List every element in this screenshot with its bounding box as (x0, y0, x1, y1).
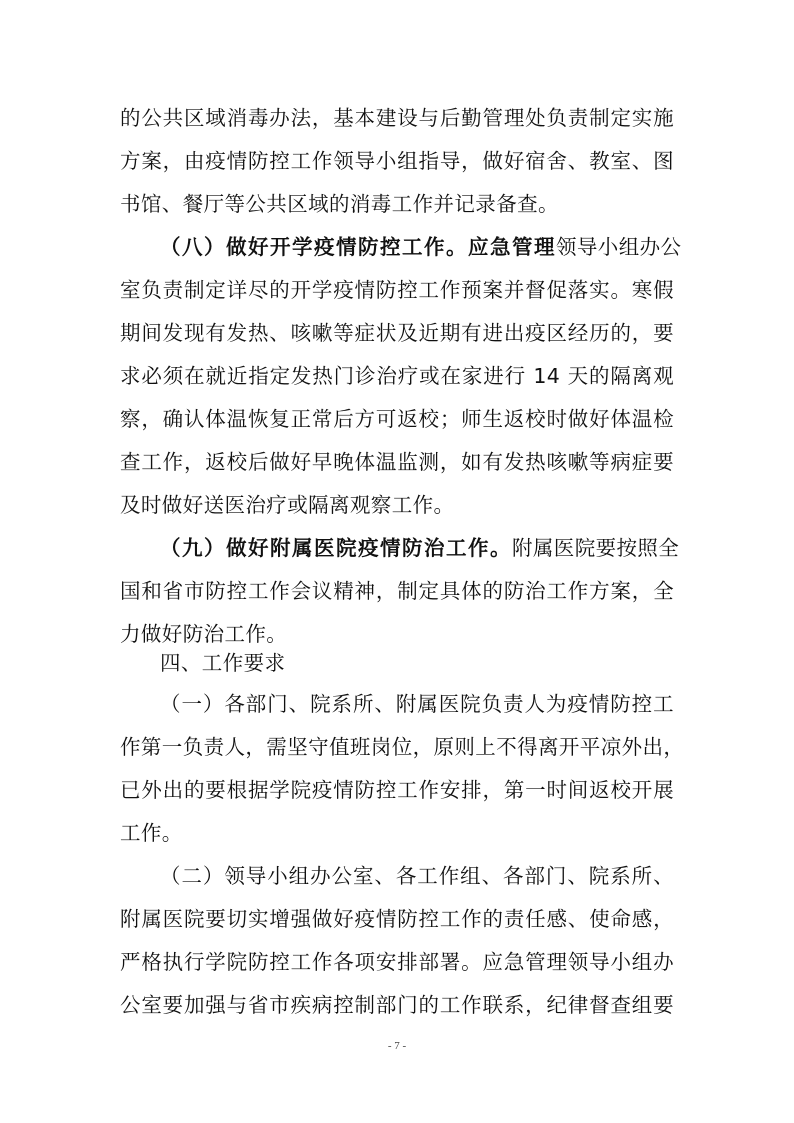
body-line: 室负责制定详尽的开学疫情防控工作预案并督促落实。寒假 (120, 275, 674, 305)
body-line: 国和省市防控工作会议精神，制定具体的防治工作方案，全 (120, 576, 674, 606)
body-line: （一）各部门、院系所、附属医院负责人为疫情防控工 (160, 689, 674, 719)
body-text: 附属医院要按照全 (512, 536, 679, 560)
body-line: 力做好防治工作。 (120, 619, 674, 649)
body-line: 严格执行学院防控工作各项安排部署。应急管理领导小组办 (120, 947, 674, 977)
chapter-heading: 四、工作要求 (160, 648, 674, 678)
body-line: 书馆、餐厅等公共区域的消毒工作并记录备查。 (120, 189, 674, 219)
body-line: 工作。 (120, 818, 674, 848)
body-line: （二）领导小组办公室、各工作组、各部门、院系所、 (160, 861, 674, 891)
section-heading-8: （八）做好开学疫情防控工作。应急管理 (160, 235, 556, 259)
document-page: 的公共区域消毒办法，基本建设与后勤管理处负责制定实施 方案，由疫情防控工作领导小… (0, 0, 794, 1123)
section-heading-line: （八）做好开学疫情防控工作。应急管理领导小组办公 (160, 232, 674, 262)
body-line: 作第一负责人，需坚守值班岗位，原则上不得离开平凉外出， (120, 732, 674, 762)
body-line: 求必须在就近指定发热门诊治疗或在家进行 14 天的隔离观 (120, 361, 674, 391)
body-line: 查工作，返校后做好早晚体温监测，如有发热咳嗽等病症要 (120, 447, 674, 477)
body-line: 方案，由疫情防控工作领导小组指导，做好宿舍、教室、图 (120, 146, 674, 176)
body-line: 已外出的要根据学院疫情防控工作安排，第一时间返校开展 (120, 775, 674, 805)
body-line: 的公共区域消毒办法，基本建设与后勤管理处负责制定实施 (120, 103, 674, 133)
body-line: 察，确认体温恢复正常后方可返校；师生返校时做好体温检 (120, 404, 674, 434)
section-heading-9: （九）做好附属医院疫情防治工作。 (160, 536, 512, 560)
body-line: 期间发现有发热、咳嗽等症状及近期有进出疫区经历的，要 (120, 318, 674, 348)
body-line: 公室要加强与省市疾病控制部门的工作联系，纪律督查组要 (120, 990, 674, 1020)
body-line: 附属医院要切实增强做好疫情防控工作的责任感、使命感， (120, 904, 674, 934)
page-number: - 7 - (0, 1040, 794, 1052)
section-heading-line: （九）做好附属医院疫情防治工作。附属医院要按照全 (160, 533, 674, 563)
body-text: 领导小组办公 (556, 235, 681, 259)
body-line: 及时做好送医治疗或隔离观察工作。 (120, 490, 674, 520)
